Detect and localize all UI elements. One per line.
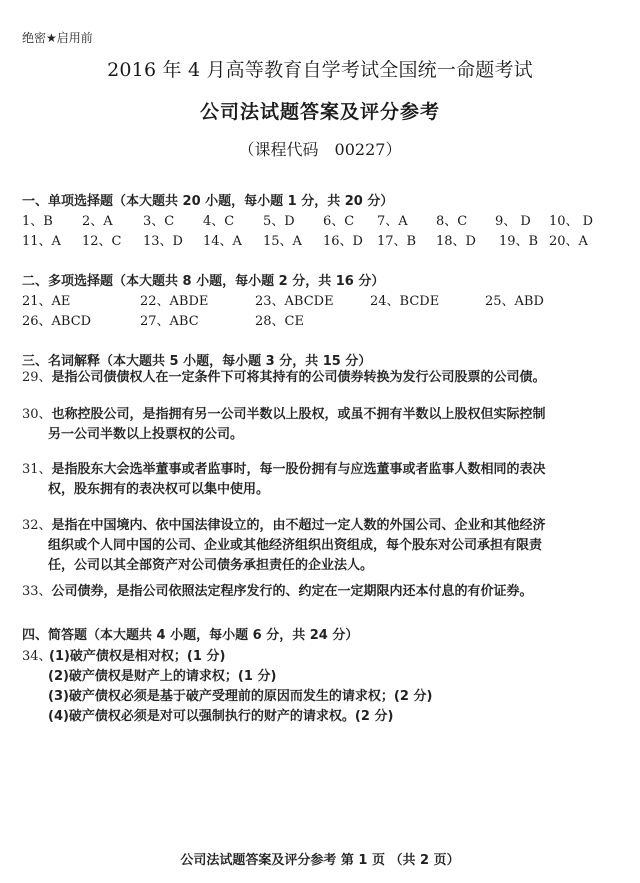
answer-9: 9、 D [495, 210, 531, 229]
question-number: 33、 [22, 584, 52, 599]
answer-11: 11、A [22, 230, 61, 249]
answer-22: 22、ABDE [140, 290, 208, 309]
answer-15: 15、A [263, 230, 302, 249]
question-number: 30、 [22, 407, 52, 422]
answer-13: 13、D [143, 230, 183, 249]
section-2-heading: 二、多项选择题（本大题共 8 小题，每小题 2 分，共 16 分） [22, 270, 384, 289]
answer-5: 5、D [263, 210, 295, 229]
answer-26: 26、ABCD [22, 310, 91, 329]
section-3-heading: 三、名词解释（本大题共 5 小题，每小题 3 分，共 15 分） [22, 350, 371, 369]
answer-text-continued: 组织或个人同中国的公司、企业或其他经济组织出资组成，每个股东对公司承担有限责 [22, 536, 622, 556]
answer-6: 6、C [323, 210, 354, 229]
answer-31: 31、是指股东大会选举董事或者监事时，每一股份拥有与应选董事或者监事人数相同的表… [22, 460, 622, 500]
answer-text: 是指股东大会选举董事或者监事时，每一股份拥有与应选董事或者监事人数相同的表决 [52, 462, 546, 477]
answer-text: 也称控股公司，是指拥有另一公司半数以上股权，或虽不拥有半数以上股权但实际控制 [52, 407, 546, 422]
answer-34-point-1: (1)破产债权是相对权；(1 分) [49, 645, 225, 664]
answer-34-point-3: (3)破产债权必须是基于破产受理前的原因而发生的请求权；(2 分) [48, 685, 432, 704]
answer-text-continued: 另一公司半数以上投票权的公司。 [22, 425, 622, 445]
question-number: 29、 [22, 370, 52, 385]
answer-2: 2、A [82, 210, 113, 229]
answer-12: 12、C [82, 230, 122, 249]
answer-text: 公司债券，是指公司依照法定程序发行的、约定在一定期限内还本付息的有价证券。 [52, 584, 533, 599]
course-code: （课程代码 00227） [0, 137, 640, 160]
answer-28: 28、CE [255, 310, 304, 329]
page-footer: 公司法试题答案及评分参考 第 1 页 （共 2 页） [0, 849, 640, 868]
answer-text: 是指在中国境内、依中国法律设立的，由不超过一定人数的外国公司、企业和其他经济 [52, 518, 546, 533]
answer-32: 32、是指在中国境内、依中国法律设立的，由不超过一定人数的外国公司、企业和其他经… [22, 516, 622, 576]
answer-24: 24、BCDE [370, 290, 439, 309]
answer-3: 3、C [143, 210, 174, 229]
question-34-number: 34、 [22, 645, 52, 664]
answer-18: 18、D [436, 230, 476, 249]
answer-34-point-2: (2)破产债权是财产上的请求权；(1 分) [48, 665, 276, 684]
section-4-heading: 四、简答题（本大题共 4 小题，每小题 6 分，共 24 分） [22, 624, 358, 643]
question-number: 31、 [22, 462, 52, 477]
answer-23: 23、ABCDE [255, 290, 334, 309]
answer-7: 7、A [377, 210, 408, 229]
answer-4: 4、C [203, 210, 234, 229]
answer-8: 8、C [436, 210, 467, 229]
answer-33: 33、公司债券，是指公司依照法定程序发行的、约定在一定期限内还本付息的有价证券。 [22, 582, 622, 602]
answer-20: 20、A [549, 230, 588, 249]
answer-29: 29、是指公司债债权人在一定条件下可将其持有的公司债券转换为发行公司股票的公司债… [22, 368, 622, 388]
answer-19: 19、B [499, 230, 538, 249]
answer-text-continued-2: 任，公司以其全部资产对公司债务承担责任的企业法人。 [22, 556, 622, 576]
answer-21: 21、AE [22, 290, 70, 309]
answer-30: 30、也称控股公司，是指拥有另一公司半数以上股权，或虽不拥有半数以上股权但实际控… [22, 405, 622, 445]
answer-10: 10、 D [549, 210, 593, 229]
answer-34-point-4: (4)破产债权必须是对可以强制执行的财产的请求权。(2 分) [48, 705, 393, 724]
answer-14: 14、A [203, 230, 242, 249]
answer-text: 是指公司债债权人在一定条件下可将其持有的公司债券转换为发行公司股票的公司债。 [52, 370, 546, 385]
answer-17: 17、B [377, 230, 416, 249]
answer-16: 16、D [323, 230, 363, 249]
answer-27: 27、ABC [140, 310, 199, 329]
answer-text-continued: 权，股东拥有的表决权可以集中使用。 [22, 480, 622, 500]
answer-25: 25、ABD [485, 290, 544, 309]
confidential-label: 绝密★启用前 [22, 29, 93, 46]
question-number: 32、 [22, 518, 52, 533]
exam-title: 2016 年 4 月高等教育自学考试全国统一命题考试 [0, 55, 640, 82]
section-1-heading: 一、单项选择题（本大题共 20 小题，每小题 1 分，共 20 分） [22, 190, 393, 209]
document-title: 公司法试题答案及评分参考 [0, 97, 640, 124]
answer-1: 1、B [22, 210, 53, 229]
